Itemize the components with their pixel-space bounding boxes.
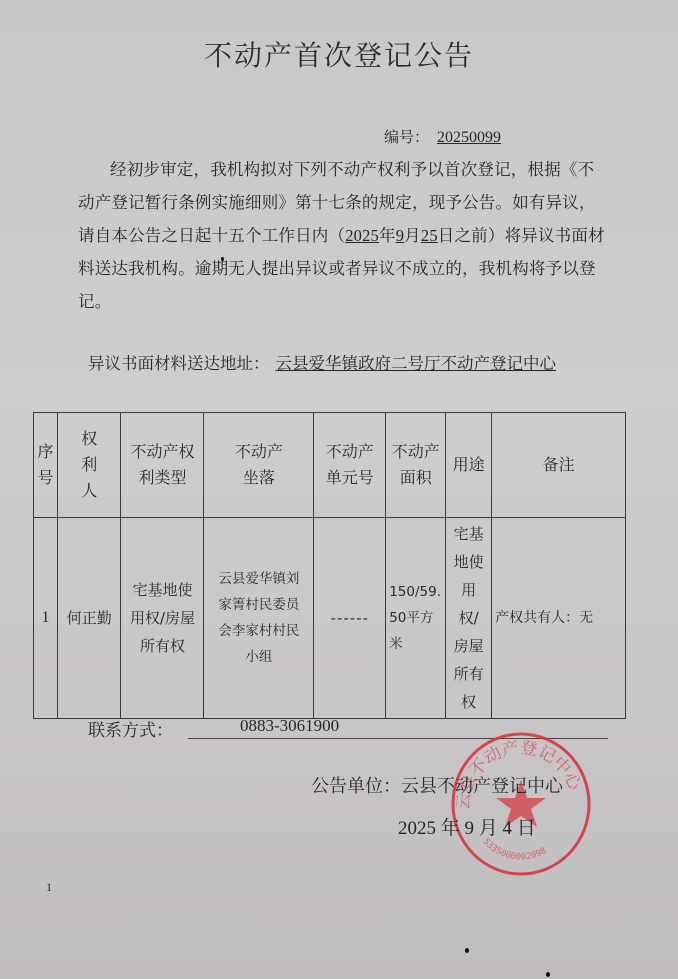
issuer: 公告单位：云县不动产登记中心 [311,772,563,798]
objection-address: 异议书面材料送达地址：云县爱华镇政府二号厅不动产登记中心 [88,350,556,374]
cell-remark: 产权共有人：无 [492,518,626,719]
ink-speck [221,257,224,261]
svg-text:5335000002098: 5335000002098 [481,837,549,863]
contact-info: 联系方式： 0883-3061900 [88,716,173,741]
objection-address-value: 云县爱华镇政府二号厅不动产登记中心 [276,354,557,373]
cell-owner: 何正勤 [57,518,121,719]
deadline-year: 2025 [345,226,379,245]
header-location: 不动产坐落 [204,413,314,518]
ink-speck [546,972,550,977]
deadline-day: 25 [421,226,438,245]
issuer-name: 云县不动产登记中心 [401,776,563,797]
deadline-month: 9 [396,226,404,245]
official-seal-icon: 云县不动产登记中心 5335000002098 [448,730,594,878]
announcement-page: 不动产首次登记公告 编号：20250099 经初步审定，我机构拟对下列不动产权利… [0,0,678,979]
registration-table: 序号 权利人 不动产权利类型 不动产坐落 不动产单元号 不动产面积 用途 备注 … [33,412,626,719]
contact-label: 联系方式： [88,721,173,741]
header-remark: 备注 [492,413,626,518]
header-area: 不动产面积 [386,413,446,518]
document-number: 编号：20250099 [384,126,501,147]
issuer-label: 公告单位： [311,776,401,797]
ink-speck [465,948,469,953]
table-row: 1 何正勤 宅基地使用权/房屋所有权 云县爱华镇刘家箐村民委员会李家村村民小组 … [34,518,626,719]
objection-address-label: 异议书面材料送达地址： [88,354,270,373]
document-number-label: 编号： [384,128,429,146]
cell-area: 150/59.50平方米 [386,518,446,719]
header-index: 序号 [34,413,58,518]
month-char: 月 [404,226,421,245]
announcement-body: 经初步审定，我机构拟对下列不动产权利予以首次登记，根据《不动产登记暂行条例实施细… [78,153,608,318]
cell-usage: 宅基地使用权/房屋所有权 [446,518,492,719]
document-number-value: 20250099 [437,129,501,146]
document-title: 不动产首次登记公告 [0,34,678,74]
header-right-type: 不动产权利类型 [121,413,204,518]
page-mark: 1 [46,880,52,895]
cell-index: 1 [34,518,58,719]
cell-unit-no: ------ [314,518,386,719]
header-usage: 用途 [446,413,492,518]
contact-phone: 0883-3061900 [240,716,339,736]
header-owner: 权利人 [57,413,121,518]
cell-location: 云县爱华镇刘家箐村民委员会李家村村民小组 [204,518,314,719]
cell-right-type: 宅基地使用权/房屋所有权 [121,518,204,719]
year-char: 年 [379,226,396,245]
table-header-row: 序号 权利人 不动产权利类型 不动产坐落 不动产单元号 不动产面积 用途 备注 [34,413,626,518]
header-unit-no: 不动产单元号 [314,413,386,518]
issue-date: 2025 年 9 月 4 日 [398,813,536,840]
